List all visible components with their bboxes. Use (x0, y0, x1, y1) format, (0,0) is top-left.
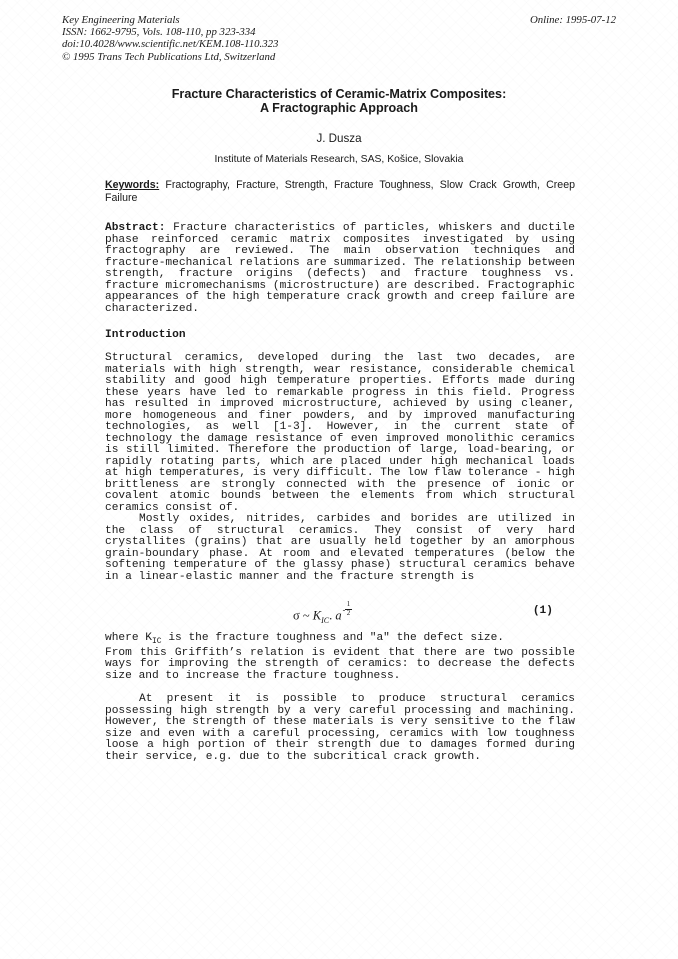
sigma-symbol: σ (293, 609, 300, 623)
paper-title-line2: A Fractographic Approach (0, 101, 678, 116)
online-date: Online: 1995-07-12 (530, 14, 616, 26)
k-subscript: IC (321, 616, 329, 625)
author-name: J. Dusza (0, 132, 678, 145)
intro-paragraph-1: Structural ceramics, developed during th… (105, 353, 575, 514)
where-pre: where K (105, 632, 152, 644)
k-variable: K (313, 609, 321, 623)
a-variable: a (335, 609, 341, 623)
keywords-text: Fractography, Fracture, Strength, Fractu… (105, 179, 575, 204)
fraction-denominator: 2 (345, 610, 352, 617)
abstract-text: Fracture characteristics of particles, w… (105, 222, 575, 315)
dot-operator: . (329, 609, 332, 623)
section-heading-introduction: Introduction (105, 329, 575, 341)
exponent-fraction: 12 (345, 601, 352, 617)
intro-paragraph-4: At present it is possible to produce str… (105, 694, 575, 763)
paper-title-line1: Fracture Characteristics of Ceramic-Matr… (0, 87, 678, 102)
where-paragraph: where KIC is the fracture toughness and … (105, 633, 575, 682)
relation-symbol: ~ (303, 609, 310, 623)
intro-paragraph-2: Mostly oxides, nitrides, carbides and bo… (105, 514, 575, 583)
author-affiliation: Institute of Materials Research, SAS, Ko… (0, 154, 678, 165)
paper-page: Key Engineering Materials ISSN: 1662-979… (0, 0, 678, 959)
keywords-block: Keywords: Fractography, Fracture, Streng… (105, 179, 575, 204)
where-post: is the fracture toughness and "a" the de… (162, 632, 504, 644)
where-k-subscript: IC (152, 637, 162, 646)
publication-info: Key Engineering Materials ISSN: 1662-979… (62, 14, 278, 63)
exponent: -12 (343, 601, 352, 617)
copyright-line: © 1995 Trans Tech Publications Ltd, Swit… (62, 51, 278, 63)
abstract-block: Abstract: Fracture characteristics of pa… (105, 223, 575, 315)
issn-line: ISSN: 1662-9795, Vols. 108-110, pp 323-3… (62, 26, 278, 38)
keywords-label: Keywords: (105, 179, 159, 191)
publication-header: Key Engineering Materials ISSN: 1662-979… (0, 0, 678, 63)
equation-row: σ ~ KIC. a-12 (1) (105, 593, 575, 619)
journal-name: Key Engineering Materials (62, 14, 278, 26)
abstract-label: Abstract: (105, 222, 165, 234)
where-line2: From this Griffith’s relation is evident… (105, 647, 575, 682)
doi-line: doi:10.4028/www.scientific.net/KEM.108-1… (62, 38, 278, 50)
paper-title: Fracture Characteristics of Ceramic-Matr… (0, 87, 678, 116)
equation-number: (1) (533, 605, 553, 617)
equation-1: σ ~ KIC. a-12 (293, 601, 352, 625)
